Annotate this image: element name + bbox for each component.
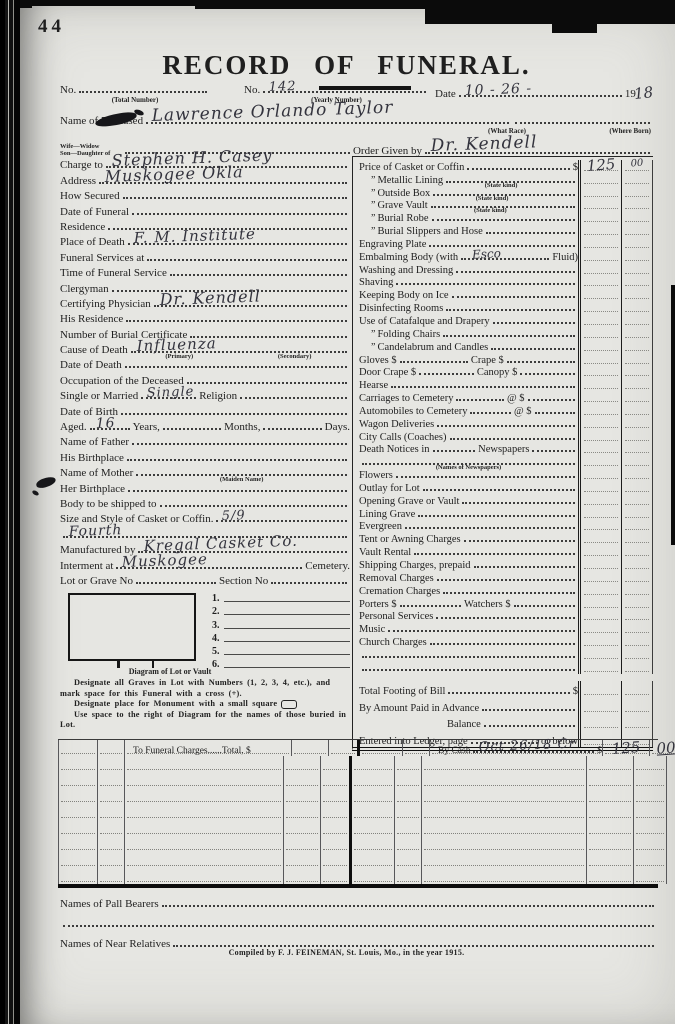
dotted-line (121, 413, 347, 415)
ditto-mark: ” (371, 226, 375, 237)
dotted-line (532, 450, 575, 452)
charge-row: Lining Grave (353, 507, 653, 520)
ledger-cell (421, 772, 586, 788)
cents-cell (621, 697, 653, 714)
field-funeral-services-at: Funeral Services at (60, 248, 350, 263)
grave-line-number: 4. (212, 633, 220, 644)
small-square-glyph (281, 700, 297, 709)
field-label: Her Birthplace (60, 483, 125, 495)
dollars-cell (578, 635, 621, 648)
ledger-blank-row (58, 868, 658, 884)
total-label: Total Footing of Bill (359, 686, 445, 697)
dotted-line (263, 428, 321, 430)
cents-cell (621, 186, 653, 199)
ledger-cell (421, 852, 586, 868)
ledger-cell (320, 820, 349, 836)
dollars-cell (578, 378, 621, 391)
cents-cell (621, 558, 653, 571)
cents-cell (621, 224, 653, 237)
funeral-charges-heading: To Funeral Charges......Total, $ (124, 740, 291, 756)
ledger-cell (291, 740, 328, 756)
race-born-sublabels: (What Race) (Where Born) (60, 127, 653, 138)
dotted-line: (State kind) (433, 194, 575, 196)
ledger-cell (586, 804, 633, 820)
ledger-cell (349, 836, 394, 852)
days-label: Days. (325, 421, 350, 433)
dotted-line: 142 (263, 91, 426, 93)
ledger-cell (283, 852, 320, 868)
cents-cell (621, 681, 653, 698)
cents-cell (621, 714, 653, 731)
blank-rule (224, 654, 351, 655)
dotted-line (429, 245, 575, 247)
ditto-mark: ” (371, 200, 375, 211)
dotted-line (419, 373, 474, 375)
dotted-line (443, 592, 575, 594)
charge-label: Outside Box (377, 188, 430, 199)
dotted-line (127, 459, 347, 461)
field-ship-to: Body to be shipped to (60, 495, 350, 510)
dotted-line (173, 945, 654, 947)
scan-dark-edge-right (671, 285, 675, 545)
dotted-line: (State kind) (431, 206, 575, 208)
ledger-cell (394, 820, 421, 836)
ledger-cell (394, 852, 421, 868)
dotted-line (79, 91, 207, 93)
field-label: Body to be shipped to (60, 498, 157, 510)
near-relatives-field: Names of Near Relatives (60, 930, 657, 950)
compiled-by-footer: Compiled by F. J. FEINEMAN, St. Louis, M… (18, 948, 675, 957)
field-label: His Residence (60, 313, 123, 325)
dollars-cell (578, 250, 621, 263)
dotted-line (170, 274, 347, 276)
ledger-cell (421, 804, 586, 820)
names-section: Names of Pall Bearers Names of Near Rela… (60, 890, 657, 950)
handwritten-cause-of-death: Influenza (136, 334, 217, 355)
dotted-line (474, 566, 575, 568)
ditto-mark: ” (371, 329, 375, 340)
handwritten-year: 18 (633, 83, 654, 103)
ledger-cell (124, 852, 283, 868)
cents-cell (621, 635, 653, 648)
cash-dollars-cell: 125 (602, 740, 649, 756)
date-label: Date (435, 88, 456, 100)
ledger-cell (97, 836, 124, 852)
ledger-cell (586, 772, 633, 788)
charge-label: Church Charges (359, 637, 427, 648)
dollars-cell (578, 558, 621, 571)
charge-row: (Names of Newspapers) (353, 455, 653, 468)
cents-cell (621, 301, 653, 314)
grave-line-number: 3. (212, 620, 220, 631)
charge-label: Personal Services (359, 611, 433, 622)
charge-row (353, 661, 653, 674)
ditto-mark: ” (371, 213, 375, 224)
handwritten-date: 10 - 26 - (464, 81, 532, 99)
ledger-cell (421, 820, 586, 836)
ledger-cell (349, 772, 394, 788)
charge-row: Keeping Body on Ice (353, 288, 653, 301)
ditto-mark: ” (371, 175, 375, 186)
dotted-line (388, 630, 575, 632)
diagram-caption: Diagram of Lot or Vault (80, 667, 260, 676)
cents-cell (621, 211, 653, 224)
scanned-book-page: 44 RECORD OF FUNERAL. No. (Total Number)… (0, 0, 675, 1024)
left-fields-column: Charge toStephen H. Casey AddressMuskoge… (60, 156, 350, 741)
charge-row: Embalming Body (with Esco Fluid) (353, 250, 653, 263)
field-label: Residence (60, 221, 105, 233)
scan-dark-notch (552, 0, 597, 33)
form-title: RECORD OF FUNERAL. (18, 50, 675, 81)
scan-dark-edge-top (195, 0, 435, 9)
dotted-line (405, 527, 575, 529)
dollars-cell (578, 697, 621, 714)
dollars-cell (578, 571, 621, 584)
ledger-blank-row (58, 772, 658, 788)
dollars-cell (578, 661, 621, 674)
charge-sublabel: (State kind) (485, 182, 518, 189)
total-number-sublabel: (Total Number) (60, 96, 210, 104)
field-aged: Aged.16Years,Months,Days. (60, 418, 350, 433)
dotted-line (491, 348, 575, 350)
charge-row: Wagon Deliveries (353, 417, 653, 430)
cents-cell (621, 661, 653, 674)
dotted-line (456, 399, 504, 401)
dollars-cell (578, 714, 621, 731)
instruction-3: Use space to the right of Diagram for th… (60, 710, 350, 731)
ledger-cell (633, 756, 667, 772)
ledger-cell (633, 852, 667, 868)
dollars-cell (578, 237, 621, 250)
grave-line: 4. (212, 631, 350, 644)
charge-row: Use of Catafalque and Drapery (353, 314, 653, 327)
handwritten-casket-note: Fourth (68, 522, 122, 540)
dotted-line: F. M. Institute (128, 243, 347, 245)
handwritten-cash-cents: 00 (656, 738, 675, 757)
ledger-heading-row: To Funeral Charges......Total, $ By Cash… (58, 740, 658, 756)
field-mother: Name of Mother(Maiden Name) (60, 464, 350, 479)
dotted-line: Dr. Kendell (425, 152, 650, 154)
handwritten-yearly-number: 142 (269, 79, 297, 95)
dotted-line (391, 386, 575, 388)
dotted-line (507, 361, 575, 363)
dotted-line (396, 476, 575, 478)
charge-label: Grave Vault (377, 200, 427, 211)
ledger-cell (394, 836, 421, 852)
cents-cell (621, 173, 653, 186)
field-label: How Secured (60, 190, 120, 202)
dotted-line (271, 582, 347, 584)
dotted-line (462, 502, 575, 504)
charge-tail-label: Fluid) (552, 252, 578, 263)
no-label: No. (60, 84, 76, 96)
charge-tail-label: @ $ (514, 406, 532, 417)
handwritten-cash-dollars: 125 (611, 738, 641, 758)
dollars-cell: 125 (578, 160, 621, 173)
charge-label: Carriages to Cemetery (359, 393, 453, 404)
charge-row: Door Crape $ Canopy $ (353, 366, 653, 379)
dollars-cell (578, 468, 621, 481)
charge-label: Keeping Body on Ice (359, 290, 449, 301)
cents-cell (621, 237, 653, 250)
ledger-cell (349, 788, 394, 804)
field-single-or-married: Single or MarriedSingleReligion (60, 387, 350, 402)
ledger-cell (586, 868, 633, 884)
dotted-line (128, 490, 347, 492)
charge-row: Hearse (353, 378, 653, 391)
ledger-cell (586, 756, 633, 772)
charge-row: Evergreen (353, 520, 653, 533)
ditto-mark: ” (371, 342, 375, 353)
dollars-cell (578, 288, 621, 301)
charge-row: Removal Charges (353, 571, 653, 584)
field-label: Lot or Grave No (60, 575, 133, 587)
charge-tail-label: Watchers $ (464, 599, 511, 610)
dotted-line (528, 399, 576, 401)
ledger-cell (124, 868, 283, 884)
field-label: Time of Funeral Service (60, 267, 167, 279)
grave-line: 3. (212, 617, 350, 630)
charge-label: Price of Casket or Coffin (359, 162, 464, 173)
ledger-cell (58, 868, 97, 884)
ledger-cell (320, 852, 349, 868)
field-label: Certifying Physician (60, 298, 151, 310)
cents-cell (621, 648, 653, 661)
ledger-cell (320, 836, 349, 852)
ledger-cell (633, 788, 667, 804)
wife-widow-label: Wife—Widow (60, 143, 122, 150)
field-his-residence: His Residence (60, 310, 350, 325)
charge-label: Door Crape $ (359, 367, 416, 378)
cents-cell (621, 571, 653, 584)
dollars-cell (578, 443, 621, 456)
charge-label: Washing and Dressing (359, 265, 453, 276)
dollars-cell (578, 597, 621, 610)
cents-cell (621, 314, 653, 327)
cents-cell (621, 327, 653, 340)
charges-list: Price of Casket or Coffin $ 125 00 ” Met… (353, 160, 653, 674)
grave-line-number: 2. (212, 606, 220, 617)
ledger-cell (283, 772, 320, 788)
pall-bearers-field: Names of Pall Bearers (60, 890, 657, 910)
dotted-line (414, 553, 575, 555)
ledger-table: To Funeral Charges......Total, $ By Cash… (58, 739, 658, 888)
grave-line: 1. (212, 591, 350, 604)
primary-sublabel: (Primary) (165, 353, 193, 360)
dollars-cell (578, 584, 621, 597)
total-row: Total Footing of Bill $ (353, 681, 653, 698)
ledger-cell (320, 772, 349, 788)
where-born-sublabel: (Where Born) (609, 127, 651, 135)
charge-row: Tent or Awning Charges (353, 532, 653, 545)
cents-cell (621, 263, 653, 276)
dollars-cell (578, 186, 621, 199)
field-label: Name of Mother (60, 467, 133, 479)
dotted-line (240, 397, 347, 399)
ledger-cell (97, 772, 124, 788)
dotted-line (400, 361, 468, 363)
charge-label: Wagon Deliveries (359, 419, 434, 430)
ledger-cell (58, 804, 97, 820)
ledger-cell (124, 804, 283, 820)
charge-label: Vault Rental (359, 547, 411, 558)
dotted-line (400, 605, 461, 607)
dollars-cell (578, 494, 621, 507)
ledger-cell (394, 804, 421, 820)
charge-label: Metallic Lining (377, 175, 443, 186)
dotted-line (437, 425, 575, 427)
dollars-cell (578, 211, 621, 224)
by-cash-label: By Cash (438, 746, 470, 756)
grave-name-lines: 1.2.3.4.5.6. (212, 591, 350, 670)
ledger-cell (97, 820, 124, 836)
ledger-cell (394, 868, 421, 884)
charge-row: Shaving (353, 276, 653, 289)
charge-row: ” Candelabrum and Candles (353, 340, 653, 353)
years-label: Years, (133, 421, 160, 433)
field-label: Charge to (60, 159, 103, 171)
ledger-cell (58, 820, 97, 836)
cents-cell (621, 468, 653, 481)
field-interment: Interment atMuskogeeCemetery. (60, 556, 350, 571)
charge-row: Music (353, 622, 653, 635)
charge-tail-label: @ $ (507, 393, 525, 404)
dollars-cell (578, 681, 621, 698)
field-date-of-funeral: Date of Funeral (60, 202, 350, 217)
cents-cell (621, 520, 653, 533)
dotted-line: Muskogee (116, 567, 302, 569)
dotted-line: Influenza(Primary)(Secondary) (131, 351, 347, 353)
cemetery-label: Cemetery. (305, 560, 350, 572)
charge-sublabel: (Names of Newspapers) (436, 464, 501, 471)
field-his-birthplace: His Birthplace (60, 448, 350, 463)
field-cause-of-death: Cause of DeathInfluenza(Primary)(Seconda… (60, 341, 350, 356)
charge-row: Death Notices in Newspapers (353, 443, 653, 456)
handwritten-marital-status: Single (147, 385, 195, 402)
page-number: 44 (38, 16, 65, 38)
blank-rule (224, 641, 351, 642)
dollars-cell (578, 340, 621, 353)
field-label: Funeral Services at (60, 252, 144, 264)
dotted-line (443, 335, 575, 337)
dotted-line (448, 692, 569, 694)
ledger-cell (586, 836, 633, 852)
ledger-cell (320, 788, 349, 804)
total-label: By Amount Paid in Advance (359, 703, 479, 714)
dotted-line (515, 122, 650, 124)
field-how-secured: How Secured (60, 187, 350, 202)
ledger-cell (283, 804, 320, 820)
ledger-blank-row (58, 836, 658, 852)
charge-label: Porters $ (359, 599, 397, 610)
charge-row: Opening Grave or Vault (353, 494, 653, 507)
charge-label: Folding Chairs (377, 329, 440, 340)
dollars-cell (578, 430, 621, 443)
field-her-birthplace: Her Birthplace (60, 479, 350, 494)
cents-cell (621, 391, 653, 404)
dollars-cell (578, 353, 621, 366)
charge-tail-label: Canopy $ (477, 367, 518, 378)
ledger-blank-row (58, 804, 658, 820)
dollars-cell (578, 224, 621, 237)
ledger-cell (97, 756, 124, 772)
ledger-cell (124, 756, 283, 772)
ledger-cell (633, 836, 667, 852)
by-cash-heading: By Cash Oct 26/18 Cr $ (429, 740, 602, 756)
field-father: Name of Father (60, 433, 350, 448)
dotted-line (456, 271, 575, 273)
cents-cell (621, 507, 653, 520)
charge-label: Outlay for Lot (359, 483, 420, 494)
field-label: Interment at (60, 560, 113, 572)
dotted-line (147, 259, 347, 261)
dotted-line (160, 505, 347, 507)
field-certifying-physician: Certifying PhysicianDr. Kendell (60, 295, 350, 310)
cents-cell (621, 378, 653, 391)
dotted-line (362, 656, 575, 658)
dotted-line: 5/9 (216, 520, 347, 522)
ledger-cell (394, 788, 421, 804)
dotted-line: 10 - 26 - (459, 95, 622, 97)
field-time-of-service: Time of Funeral Service (60, 264, 350, 279)
dotted-line (482, 709, 575, 711)
scan-dark-edge-top-right (425, 0, 675, 24)
dotted-line (162, 905, 654, 907)
field-label: Aged. (60, 421, 87, 433)
dollars-cell (578, 520, 621, 533)
charge-label: Gloves $ (359, 355, 397, 366)
months-label: Months, (224, 421, 260, 433)
charge-row: Cremation Charges (353, 584, 653, 597)
dotted-line (467, 168, 569, 170)
handwritten-address: Muskogee Okla (104, 162, 244, 186)
field-label: Address (60, 175, 96, 187)
dotted-line: Dr. Kendell (154, 305, 347, 307)
form-header: No. (Total Number) No.142 (Yearly Number… (60, 84, 653, 157)
dollars-cell (578, 455, 621, 468)
dotted-line (535, 412, 575, 414)
charge-row (353, 648, 653, 661)
charge-label: Engraving Plate (359, 239, 426, 250)
book-binding-edge (0, 0, 20, 1024)
cents-cell (621, 622, 653, 635)
dollars-cell (578, 507, 621, 520)
ledger-cell (421, 788, 586, 804)
dollars-cell (578, 263, 621, 276)
charge-label: Burial Slippers and Hose (377, 226, 482, 237)
dotted-line (430, 643, 575, 645)
cents-cell (621, 545, 653, 558)
dotted-line (432, 219, 576, 221)
dotted-line (514, 605, 575, 607)
charge-tail-label: Newspapers (478, 444, 529, 455)
field-label: His Birthplace (60, 452, 124, 464)
cents-cell (621, 597, 653, 610)
handwritten-charge-note: Esco (471, 246, 501, 261)
dollars-cell (578, 648, 621, 661)
cents-cell (621, 430, 653, 443)
field-lot-grave: Lot or Grave NoSection No (60, 572, 350, 587)
ledger-cell (320, 804, 349, 820)
dollars-cell (578, 301, 621, 314)
ledger-cell (421, 756, 586, 772)
ledger-cell (633, 804, 667, 820)
dollars-cell (578, 610, 621, 623)
dollars-cell (578, 532, 621, 545)
dollars-cell (578, 276, 621, 289)
charge-label: Removal Charges (359, 573, 434, 584)
dollars-cell (578, 404, 621, 417)
